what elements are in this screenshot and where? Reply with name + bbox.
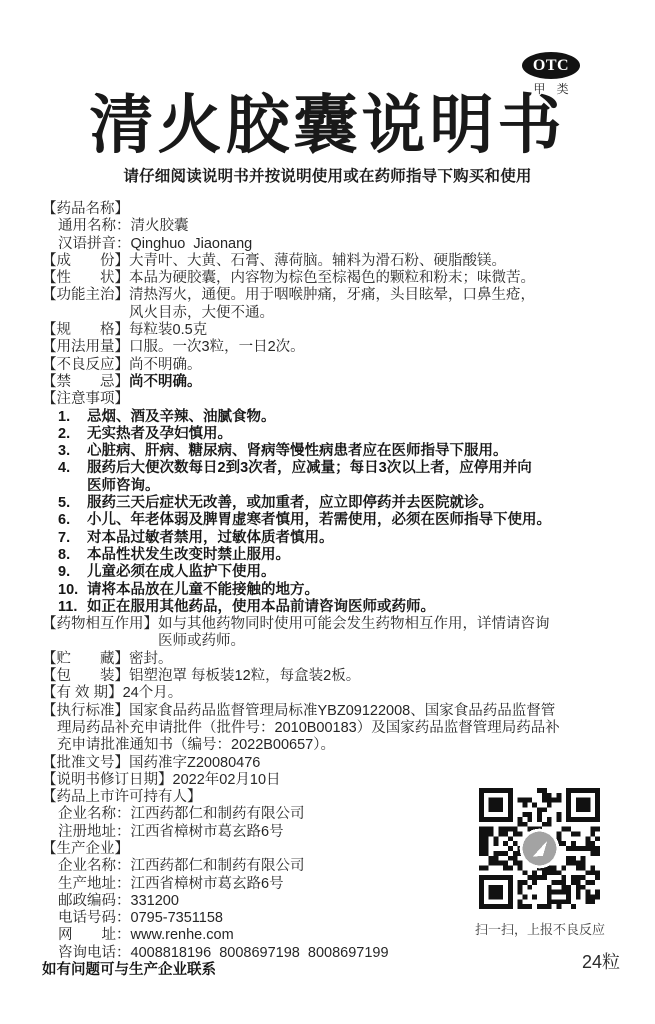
field-value: Qinghuo Jiaonang <box>131 236 253 253</box>
qr-caption: 扫一扫，上报不良反应 <box>452 919 628 938</box>
entry-row: 【有 效 期】24个月。 <box>42 685 617 702</box>
item-text: 服药三天后症状无改善，或加重者，应立即停药并去医院就诊。 <box>87 495 493 512</box>
entry-text: 铝塑泡罩 每板装12粒，每盒装2板。 <box>129 668 360 685</box>
item-text: 请将本品放在儿童不能接触的地方。 <box>87 582 319 599</box>
entry-row: 【包 装】铝塑泡罩 每板装12粒，每盒装2板。 <box>42 668 617 685</box>
entry-label: 【不良反应】 <box>42 357 129 374</box>
item-line: 服药三天后症状无改善，或加重者，应立即停药并去医院就诊。 <box>87 495 493 512</box>
entry-row: 【药物相互作用】如与其他药物同时使用可能会发生药物相互作用，详情请咨询医师或药师… <box>42 616 617 651</box>
entry-label: 【包 装】 <box>42 668 129 685</box>
field-label: 企业名称： <box>58 858 131 875</box>
item-line: 服药后大便次数每日2到3次者，应减量；每日3次以上者，应停用并向 <box>87 460 532 477</box>
field-value: 江西药都仁和制药有限公司 <box>131 806 305 823</box>
entry-text: 口服。一次3粒，一日2次。 <box>129 339 305 356</box>
entry-line: 2022年02月10日 <box>173 772 281 789</box>
entry-line: 24个月。 <box>123 685 183 702</box>
entry-label: 【性 状】 <box>42 270 129 287</box>
item-number: 2. <box>58 426 87 443</box>
entry-label: 【贮 藏】 <box>42 651 129 668</box>
numbered-item: 6.小儿、年老体弱及脾胃虚寒者慎用，若需使用，必须在医师指导下使用。 <box>58 512 617 529</box>
entry-row: 【规 格】每粒装0.5克 <box>42 322 617 339</box>
field-label: 电话号码： <box>58 910 131 927</box>
entry-line: 如与其他药物同时使用可能会发生药物相互作用，详情请咨询 <box>158 616 550 633</box>
item-line: 如正在服用其他药品，使用本品前请咨询医师或药师。 <box>87 599 435 616</box>
field-label: 企业名称： <box>58 806 131 823</box>
entry-row: 【功能主治】清热泻火，通便。用于咽喉肿痛，牙痛，头目眩晕，口鼻生疮，风火目赤，大… <box>42 287 617 322</box>
item-text: 服药后大便次数每日2到3次者，应减量；每日3次以上者，应停用并向医师咨询。 <box>87 460 532 495</box>
item-text: 如正在服用其他药品，使用本品前请咨询医师或药师。 <box>87 599 435 616</box>
item-number: 1. <box>58 409 87 426</box>
numbered-item: 9.儿童必须在成人监护下使用。 <box>58 564 617 581</box>
item-number: 7. <box>58 530 87 547</box>
entry-text: 每粒装0.5克 <box>129 322 207 339</box>
entry-text: 密封。 <box>129 651 173 668</box>
entry-text: 理局药品补充申请批件（批件号：2010B00183）及国家药品监督管理局药品补 <box>57 720 560 737</box>
numbered-item: 5.服药三天后症状无改善，或加重者，应立即停药并去医院就诊。 <box>58 495 617 512</box>
item-number: 4. <box>58 460 87 477</box>
field-label: 邮政编码： <box>58 893 131 910</box>
entry-row: 【不良反应】尚不明确。 <box>42 357 617 374</box>
numbered-item: 4.服药后大便次数每日2到3次者，应减量；每日3次以上者，应停用并向医师咨询。 <box>58 460 617 495</box>
field-value: 江西省樟树市葛玄路6号 <box>131 824 284 841</box>
item-line: 本品性状发生改变时禁止服用。 <box>87 547 290 564</box>
item-line: 医师咨询。 <box>87 478 532 495</box>
field-row: 咨询电话：4008818196 8008697198 8008697199 <box>58 945 617 962</box>
field-label: 通用名称： <box>58 218 131 235</box>
entry-label: 【用法用量】 <box>42 339 129 356</box>
numbered-item: 11.如正在服用其他药品，使用本品前请咨询医师或药师。 <box>58 599 617 616</box>
item-line: 儿童必须在成人监护下使用。 <box>87 564 276 581</box>
entry-row: 【用法用量】口服。一次3粒，一日2次。 <box>42 339 617 356</box>
pack-size-label: 24粒 <box>560 948 620 974</box>
contact-note-text: 如有问题可与生产企业联系 <box>42 962 216 979</box>
item-text: 心脏病、肝病、糖尿病、肾病等慢性病患者应在医师指导下服用。 <box>87 443 508 460</box>
leaflet-page: OTC 甲 类 清火胶囊说明书 请仔细阅读说明书并按说明使用或在药师指导下购买和… <box>0 0 655 1024</box>
item-text: 对本品过敏者禁用，过敏体质者慎用。 <box>87 530 334 547</box>
field-value: 331200 <box>131 893 179 910</box>
section-header-label: 【注意事项】 <box>42 391 129 408</box>
entry-label: 【禁 忌】 <box>42 374 129 391</box>
numbered-item: 7.对本品过敏者禁用，过敏体质者慎用。 <box>58 530 617 547</box>
field-value: www.renhe.com <box>131 927 234 944</box>
item-number: 8. <box>58 547 87 564</box>
item-line: 对本品过敏者禁用，过敏体质者慎用。 <box>87 530 334 547</box>
entry-line: 风火目赤，大便不通。 <box>129 305 535 322</box>
section-header-label: 【生产企业】 <box>42 841 129 858</box>
entry-label: 【成 份】 <box>42 253 129 270</box>
entry-line: 铝塑泡罩 每板装12粒，每盒装2板。 <box>129 668 360 685</box>
entry-text: 尚不明确。 <box>129 357 202 374</box>
item-text: 无实热者及孕妇慎用。 <box>87 426 232 443</box>
item-text: 小儿、年老体弱及脾胃虚寒者慎用，若需使用，必须在医师指导下使用。 <box>87 512 551 529</box>
field-label: 注册地址： <box>58 824 131 841</box>
numbered-item: 1.忌烟、酒及辛辣、油腻食物。 <box>58 409 617 426</box>
field-row: 通用名称：清火胶囊 <box>58 218 617 235</box>
field-value: 江西省樟树市葛玄路6号 <box>131 876 284 893</box>
item-number: 10. <box>58 582 87 599</box>
item-number: 5. <box>58 495 87 512</box>
entry-row: 【成 份】大青叶、大黄、石膏、薄荷脑。辅料为滑石粉、硬脂酸镁。 <box>42 253 617 270</box>
entry-line: 国药准字Z20080476 <box>129 755 260 772</box>
otc-badge: OTC <box>522 52 580 79</box>
entry-line: 密封。 <box>129 651 173 668</box>
item-text: 儿童必须在成人监护下使用。 <box>87 564 276 581</box>
entry-label: 【功能主治】 <box>42 287 129 304</box>
numbered-item: 3.心脏病、肝病、糖尿病、肾病等慢性病患者应在医师指导下服用。 <box>58 443 617 460</box>
item-line: 请将本品放在儿童不能接触的地方。 <box>87 582 319 599</box>
item-number: 9. <box>58 564 87 581</box>
item-number: 3. <box>58 443 87 460</box>
entry-text: 本品为硬胶囊，内容物为棕色至棕褐色的颗粒和粉末；味微苦。 <box>129 270 535 287</box>
entry-text: 大青叶、大黄、石膏、薄荷脑。辅料为滑石粉、硬脂酸镁。 <box>129 253 506 270</box>
numbered-item: 8.本品性状发生改变时禁止服用。 <box>58 547 617 564</box>
item-text: 忌烟、酒及辛辣、油腻食物。 <box>87 409 276 426</box>
item-number: 11. <box>58 599 87 616</box>
entry-line: 每粒装0.5克 <box>129 322 207 339</box>
contact-note: 如有问题可与生产企业联系 <box>42 962 617 979</box>
entry-line: 医师或药师。 <box>158 633 550 650</box>
field-value: 清火胶囊 <box>131 218 189 235</box>
item-number: 6. <box>58 512 87 529</box>
entry-text: 2022年02月10日 <box>173 772 281 789</box>
entry-row: 【性 状】本品为硬胶囊，内容物为棕色至棕褐色的颗粒和粉末；味微苦。 <box>42 270 617 287</box>
entry-line: 本品为硬胶囊，内容物为棕色至棕褐色的颗粒和粉末；味微苦。 <box>129 270 535 287</box>
entry-label: 【批准文号】 <box>42 755 129 772</box>
field-row: 汉语拼音：Qinghuo Jiaonang <box>58 236 617 253</box>
entry-row: 【执行标准】国家食品药品监督管理局标准YBZ09122008、国家食品药品监督管 <box>42 703 617 720</box>
qr-code <box>479 788 600 909</box>
entry-text: 国家食品药品监督管理局标准YBZ09122008、国家食品药品监督管 <box>129 703 555 720</box>
entry-line: 清热泻火，通便。用于咽喉肿痛，牙痛，头目眩晕，口鼻生疮， <box>129 287 535 304</box>
entry-label: 【有 效 期】 <box>42 685 123 702</box>
entry-line: 口服。一次3粒，一日2次。 <box>129 339 305 356</box>
section-header-label: 【药品名称】 <box>42 201 129 218</box>
entry-text: 充申请批准通知书（编号：2022B00657）。 <box>57 737 335 754</box>
qr-center-logo <box>523 832 557 866</box>
section-header: 【药品名称】 <box>42 201 617 218</box>
entry-line: 大青叶、大黄、石膏、薄荷脑。辅料为滑石粉、硬脂酸镁。 <box>129 253 506 270</box>
field-label: 咨询电话： <box>58 945 131 962</box>
otc-badge-label: OTC <box>533 57 569 75</box>
entry-label: 【执行标准】 <box>42 703 129 720</box>
entry-continuation: 理局药品补充申请批件（批件号：2010B00183）及国家药品监督管理局药品补 <box>57 720 617 737</box>
field-value: 江西药都仁和制药有限公司 <box>131 858 305 875</box>
item-line: 心脏病、肝病、糖尿病、肾病等慢性病患者应在医师指导下服用。 <box>87 443 508 460</box>
entry-row: 【说明书修订日期】2022年02月10日 <box>42 772 617 789</box>
entry-continuation: 充申请批准通知书（编号：2022B00657）。 <box>57 737 617 754</box>
item-line: 忌烟、酒及辛辣、油腻食物。 <box>87 409 276 426</box>
field-value: 4008818196 8008697198 8008697199 <box>131 945 389 962</box>
entry-label: 【规 格】 <box>42 322 129 339</box>
entry-text: 如与其他药物同时使用可能会发生药物相互作用，详情请咨询医师或药师。 <box>158 616 550 651</box>
entry-text: 24个月。 <box>123 685 183 702</box>
entry-label: 【药物相互作用】 <box>42 616 158 633</box>
item-line: 无实热者及孕妇慎用。 <box>87 426 232 443</box>
numbered-item: 2.无实热者及孕妇慎用。 <box>58 426 617 443</box>
field-label: 汉语拼音： <box>58 236 131 253</box>
leaflet-title: 清火胶囊说明书 <box>0 92 655 159</box>
entry-text: 清热泻火，通便。用于咽喉肿痛，牙痛，头目眩晕，口鼻生疮，风火目赤，大便不通。 <box>129 287 535 322</box>
item-line: 小儿、年老体弱及脾胃虚寒者慎用，若需使用，必须在医师指导下使用。 <box>87 512 551 529</box>
field-value: 0795-7351158 <box>131 910 223 927</box>
section-header-label: 【药品上市许可持有人】 <box>42 789 202 806</box>
leaflet-subtitle: 请仔细阅读说明书并按说明使用或在药师指导下购买和使用 <box>0 164 655 186</box>
field-label: 网 址： <box>58 927 131 944</box>
entry-row: 【批准文号】国药准字Z20080476 <box>42 755 617 772</box>
numbered-item: 10.请将本品放在儿童不能接触的地方。 <box>58 582 617 599</box>
entry-text: 国药准字Z20080476 <box>129 755 260 772</box>
item-text: 本品性状发生改变时禁止服用。 <box>87 547 290 564</box>
entry-line: 尚不明确。 <box>129 374 202 391</box>
entry-row: 【贮 藏】密封。 <box>42 651 617 668</box>
entry-line: 尚不明确。 <box>129 357 202 374</box>
entry-label: 【说明书修订日期】 <box>42 772 173 789</box>
field-label: 生产地址： <box>58 876 131 893</box>
section-header: 【注意事项】 <box>42 391 617 408</box>
qr-code-image <box>479 788 600 909</box>
entry-text: 尚不明确。 <box>129 374 202 391</box>
entry-row: 【禁 忌】尚不明确。 <box>42 374 617 391</box>
